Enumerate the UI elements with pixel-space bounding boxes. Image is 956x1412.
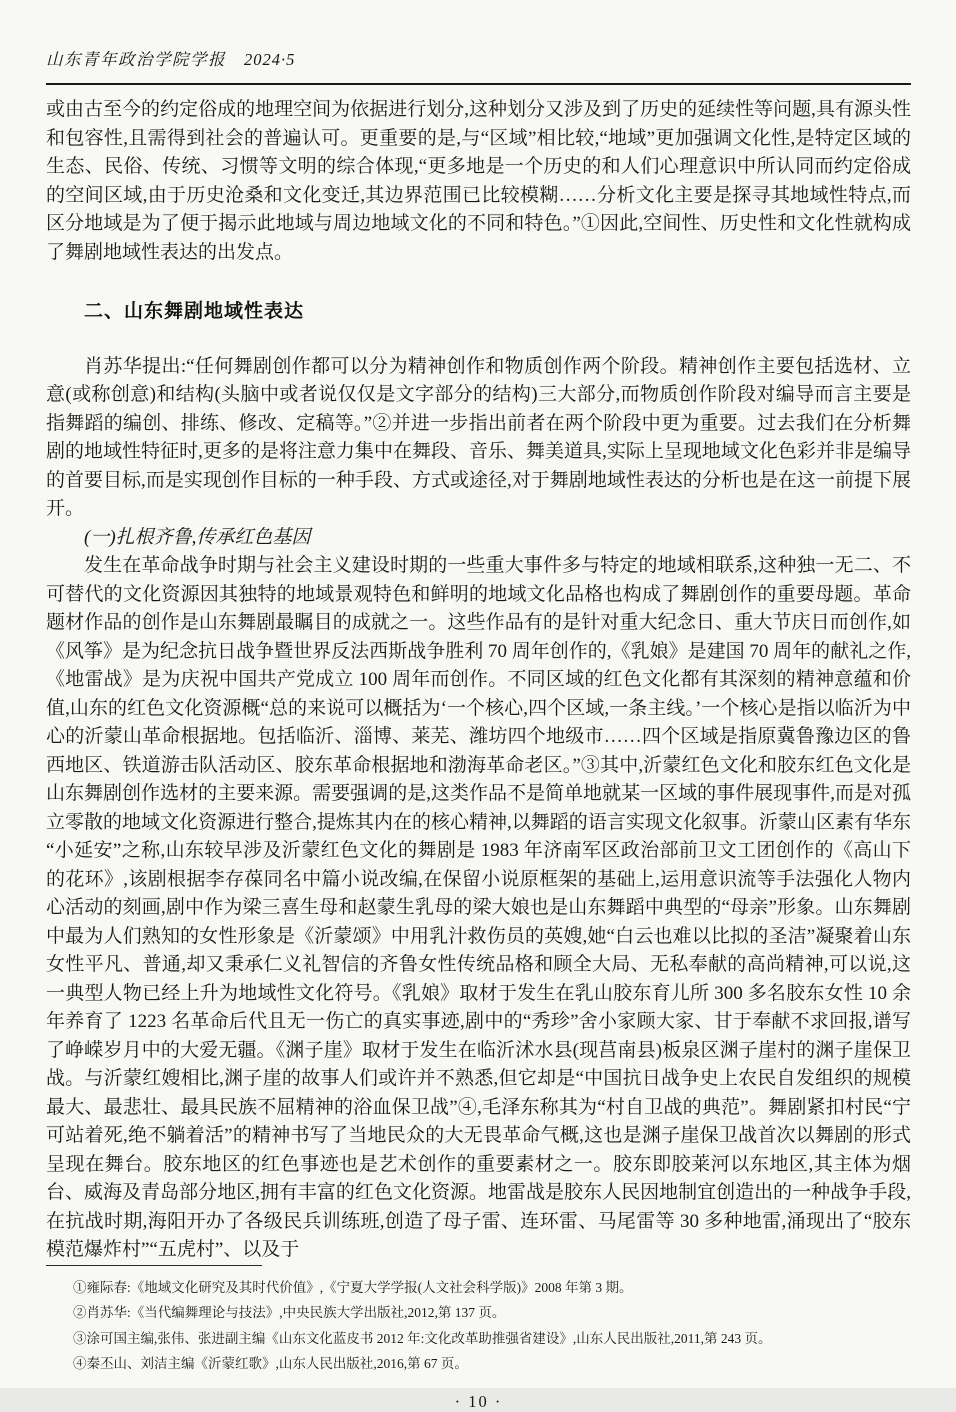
journal-page: 山东青年政治学院学报2024·5 或由古至今的约定俗成的地理空间为依据进行划分,…	[0, 0, 956, 1388]
footnote: ②肖苏华:《当代编舞理论与技法》,中央民族大学出版社,2012,第 137 页。	[46, 1300, 911, 1326]
journal-title: 山东青年政治学院学报	[46, 50, 226, 69]
paragraph: 肖苏华提出:“任何舞剧创作都可以分为精神创作和物质创作两个阶段。精神创作主要包括…	[46, 353, 911, 524]
journal-issue: 2024·5	[244, 50, 295, 69]
article-body: 或由古至今的约定俗成的地理空间为依据进行划分,这种划分又涉及到了历史的延续性等问…	[46, 85, 911, 1265]
footnote: ③涂可国主编,张伟、张进副主编《山东文化蓝皮书 2012 年:文化改革助推强省建…	[46, 1326, 911, 1352]
page-footer: ①雍际春:《地域文化研究及其时代价值》,《宁夏大学学报(人文社会科学版)》200…	[46, 1265, 911, 1412]
paragraph-continuation: 或由古至今的约定俗成的地理空间为依据进行划分,这种划分又涉及到了历史的延续性等问…	[46, 96, 911, 267]
footnote: ①雍际春:《地域文化研究及其时代价值》,《宁夏大学学报(人文社会科学版)》200…	[46, 1275, 911, 1301]
footnotes: ①雍际春:《地域文化研究及其时代价值》,《宁夏大学学报(人文社会科学版)》200…	[46, 1275, 911, 1377]
running-head: 山东青年政治学院学报2024·5	[46, 46, 911, 70]
subsection-heading: (一)扎根齐鲁,传承红色基因	[46, 524, 911, 553]
footnote-divider	[46, 1265, 262, 1266]
page-header: 山东青年政治学院学报2024·5	[46, 46, 911, 85]
section-heading: 二、山东舞剧地域性表达	[46, 298, 911, 327]
page-number: · 10 ·	[46, 1392, 911, 1412]
footnote: ④秦丕山、刘洁主编《沂蒙红歌》,山东人民出版社,2016,第 67 页。	[46, 1351, 911, 1377]
paragraph: 发生在革命战争时期与社会主义建设时期的一些重大事件多与特定的地域相联系,这种独一…	[46, 552, 911, 1265]
